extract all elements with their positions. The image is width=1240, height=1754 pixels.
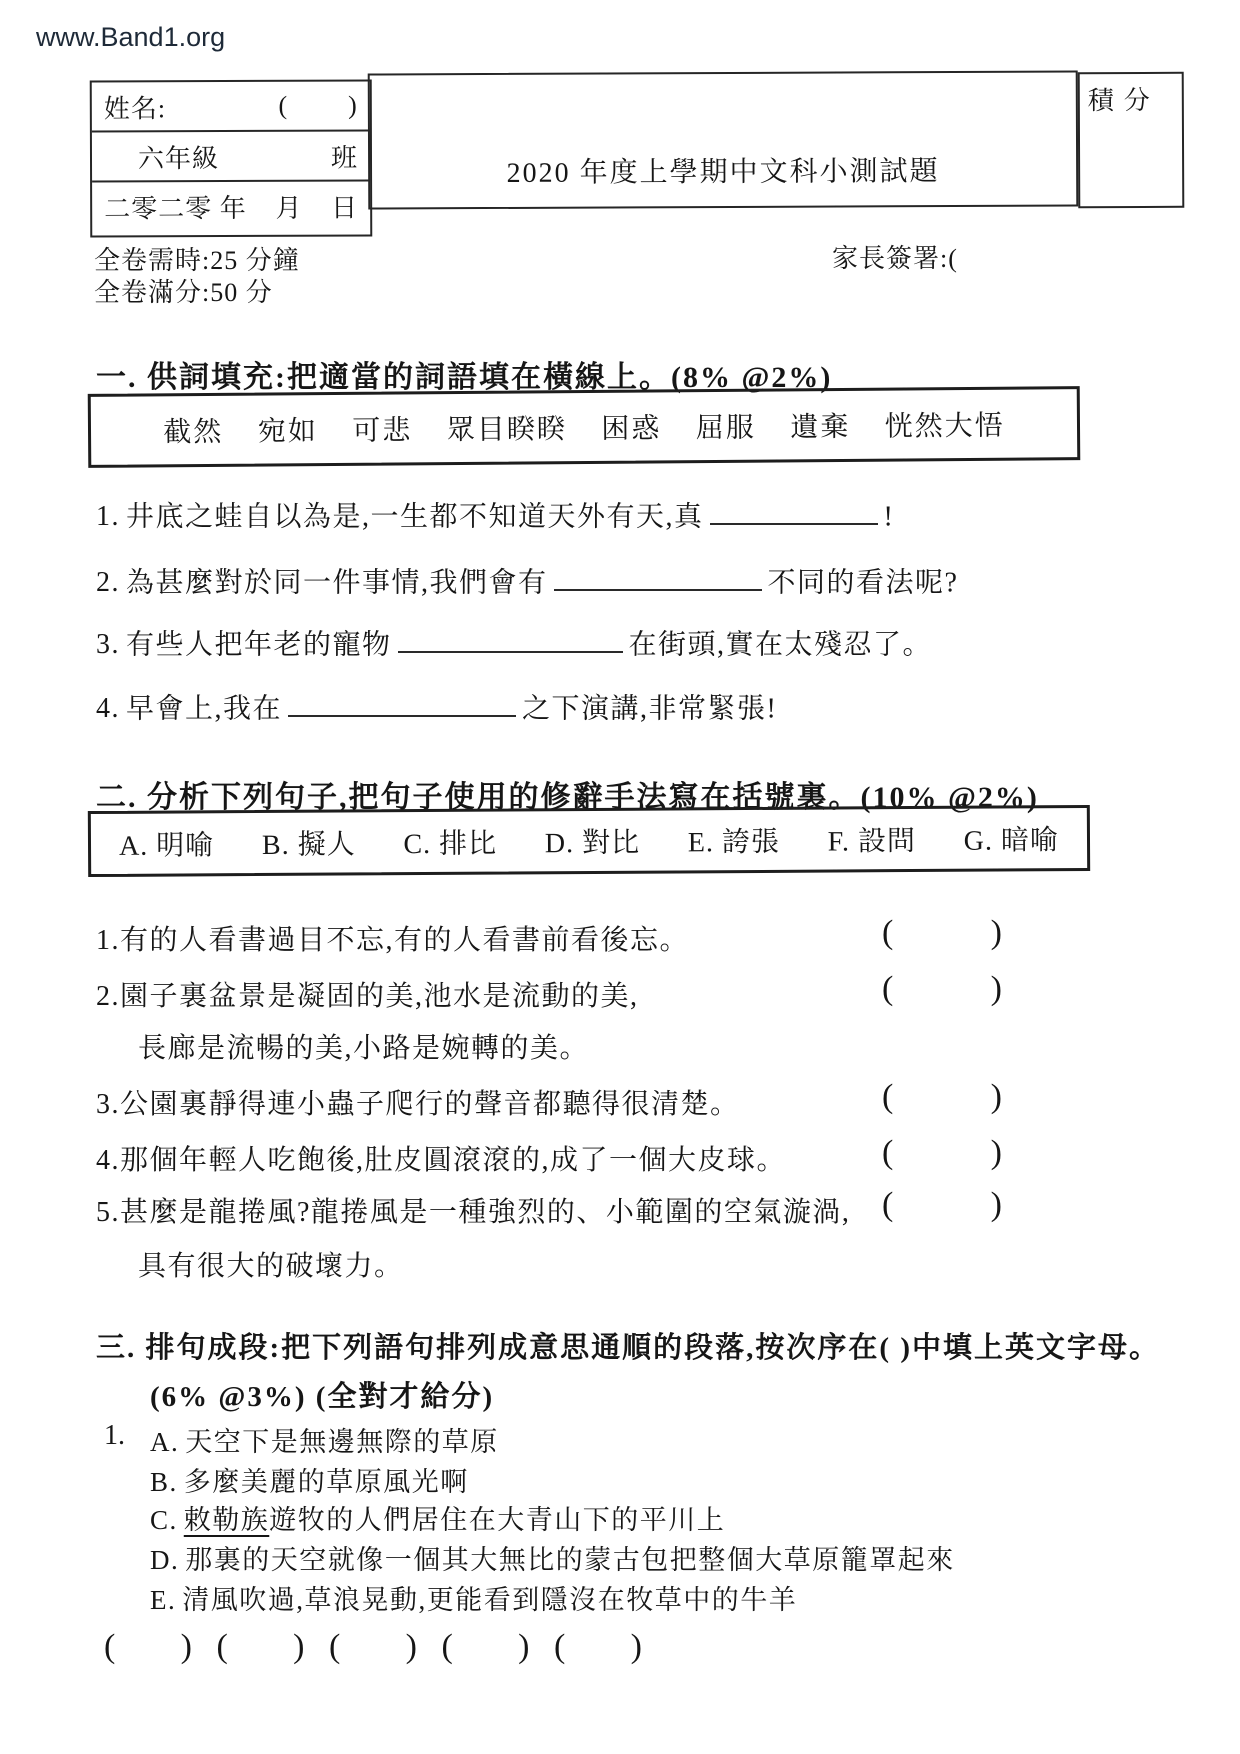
close-paren: ) xyxy=(991,914,1002,952)
exam-paper-page: www.Band1.org 姓名: ( ) 六年級 班 二零二零 年 月 日 2… xyxy=(0,0,1240,1754)
section3-item-number: 1. xyxy=(104,1420,125,1452)
question-text: 公園裏靜得連小蟲子爬行的聲音都聽得很清楚。 xyxy=(120,1089,740,1120)
word-bank-item: 遺棄 xyxy=(790,405,850,445)
date-month: 月 xyxy=(275,188,302,225)
sentence-label: C. xyxy=(150,1505,178,1535)
section1-word-bank: 截然 宛如 可悲 眾目睽睽 困惑 屈服 遺棄 恍然大悟 xyxy=(88,386,1081,468)
open-paren: ( xyxy=(882,1134,893,1172)
name-label: 姓名: xyxy=(104,88,166,125)
section3-sentence: E.清風吹過,草浪晃動,更能看到隱沒在牧草中的牛羊 xyxy=(150,1578,797,1617)
answer-parentheses: () xyxy=(104,1628,192,1666)
question-number: 3. xyxy=(96,629,120,660)
close-paren: ) xyxy=(991,970,1002,1008)
answer-parentheses: () xyxy=(882,1078,1002,1116)
sentence-text: 遊牧的人們居住在大青山下的平川上 xyxy=(269,1505,725,1535)
answer-parentheses: () xyxy=(882,970,1002,1008)
question-text: 早會上,我在 xyxy=(126,693,282,724)
answer-blank xyxy=(710,494,878,525)
section2-question-continuation: 具有很大的破壞力。 xyxy=(96,1244,1238,1284)
close-paren: ) xyxy=(518,1628,529,1666)
word-bank-item: 困惑 xyxy=(601,406,661,446)
word-bank-item: 可悲 xyxy=(352,408,412,448)
answer-parentheses: () xyxy=(329,1628,417,1666)
exam-full-marks: 全卷滿分:50 分 xyxy=(94,272,273,309)
grade-row: 六年級 班 xyxy=(92,132,370,183)
answer-blank xyxy=(398,622,623,653)
grade-label: 六年級 xyxy=(138,138,219,175)
section3-sentence: A.天空下是無邊無際的草原 xyxy=(150,1420,499,1459)
sentence-text: 那裏的天空就像一個其大無比的蒙古包把整個大草原籠罩起來 xyxy=(185,1545,955,1575)
class-label: 班 xyxy=(331,137,358,174)
rhetoric-option: D. 對比 xyxy=(545,821,640,862)
section3-heading: 三. 排句成段:把下列語句排列成意思通順的段落,按次序在( )中填上英文字母。 xyxy=(96,1325,1160,1366)
question-number: 5. xyxy=(96,1197,120,1228)
open-paren: ( xyxy=(217,1628,228,1666)
word-bank-item: 宛如 xyxy=(258,409,318,449)
open-paren: ( xyxy=(442,1628,453,1666)
word-bank-item: 恍然大悟 xyxy=(885,404,1005,445)
answer-parentheses: () xyxy=(442,1628,530,1666)
question-text: 有些人把年老的寵物 xyxy=(126,629,392,660)
open-paren: ( xyxy=(882,970,893,1008)
section2-question: 5.甚麼是龍捲風?龍捲風是一種強烈的、小範圍的空氣漩渦, () xyxy=(96,1190,1196,1230)
question-number: 2. xyxy=(96,567,120,598)
close-paren: ) xyxy=(181,1628,192,1666)
section3-sentence: B.多麼美麗的草原風光啊 xyxy=(150,1460,469,1499)
section1-question: 2.為甚麼對於同一件事情,我們會有不同的看法呢? xyxy=(96,560,958,600)
question-number: 1. xyxy=(96,925,120,956)
answer-blank xyxy=(288,686,516,717)
answer-parentheses: () xyxy=(217,1628,305,1666)
section3-answer-row: () () () () () xyxy=(104,1628,658,1666)
date-year: 二零二零 年 xyxy=(104,188,247,225)
question-text: 那個年輕人吃飽後,肚皮圓滾滾的,成了一個大皮球。 xyxy=(120,1145,786,1176)
close-paren: ) xyxy=(991,1134,1002,1172)
question-text: 不同的看法呢? xyxy=(768,567,959,598)
question-text: 甚麼是龍捲風?龍捲風是一種強烈的、小範圍的空氣漩渦, xyxy=(120,1197,850,1228)
answer-parentheses: () xyxy=(882,1134,1002,1172)
close-paren: ) xyxy=(631,1628,642,1666)
rhetoric-option: B. 擬人 xyxy=(262,822,356,863)
word-bank-item: 屈服 xyxy=(696,406,756,446)
question-number: 4. xyxy=(96,693,120,724)
question-number: 4. xyxy=(96,1145,120,1176)
section1-question: 1.井底之蛙自以為是,一生都不知道天外有天,真! xyxy=(96,494,894,534)
open-paren: ( xyxy=(329,1628,340,1666)
answer-parentheses: () xyxy=(882,1186,1002,1224)
question-number: 2. xyxy=(96,981,120,1012)
exam-title: 2020 年度上學期中文科小測試題 xyxy=(507,149,940,191)
section3-sentence: C.敕勒族遊牧的人們居住在大青山下的平川上 xyxy=(150,1498,725,1537)
open-paren: ( xyxy=(882,1078,893,1116)
rhetoric-option: F. 設問 xyxy=(827,819,916,860)
student-info-table: 姓名: ( ) 六年級 班 二零二零 年 月 日 xyxy=(90,80,373,238)
underlined-term: 敕勒族 xyxy=(184,1505,270,1535)
close-paren: ) xyxy=(991,1186,1002,1224)
rhetoric-option: E. 誇張 xyxy=(688,820,780,861)
answer-parentheses: () xyxy=(882,914,1002,952)
date-row: 二零二零 年 月 日 xyxy=(92,182,370,232)
sentence-label: B. xyxy=(150,1467,178,1497)
answer-parentheses: () xyxy=(554,1628,642,1666)
sentence-text: 天空下是無邊無際的草原 xyxy=(185,1427,499,1457)
sentence-label: A. xyxy=(150,1427,179,1457)
section2-question: 2.園子裏盆景是凝固的美,池水是流動的美, () xyxy=(96,974,1196,1014)
rhetoric-option: G. 暗喻 xyxy=(964,818,1059,859)
rhetoric-option: A. 明喻 xyxy=(119,823,214,864)
open-paren: ( xyxy=(882,914,893,952)
word-bank-item: 眾目睽睽 xyxy=(447,407,567,448)
section3-subheading: (6% @3%) (全對才給分) xyxy=(150,1374,494,1415)
question-number: 3. xyxy=(96,1089,120,1120)
word-bank-item: 截然 xyxy=(163,410,223,450)
name-row: 姓名: ( ) xyxy=(92,82,370,133)
question-text: ! xyxy=(884,501,895,532)
question-text: 在街頭,實在太殘忍了。 xyxy=(629,629,933,660)
sentence-label: D. xyxy=(150,1545,179,1575)
site-watermark: www.Band1.org xyxy=(36,22,225,53)
sentence-text: 清風吹過,草浪晃動,更能看到隱沒在牧草中的牛羊 xyxy=(182,1585,797,1615)
close-paren: ) xyxy=(991,1078,1002,1116)
open-paren: ( xyxy=(554,1628,565,1666)
date-day: 日 xyxy=(331,188,358,225)
question-text: 為甚麼對於同一件事情,我們會有 xyxy=(126,567,548,598)
section2-question: 4.那個年輕人吃飽後,肚皮圓滾滾的,成了一個大皮球。 () xyxy=(96,1138,1196,1178)
question-text: 井底之蛙自以為是,一生都不知道天外有天,真 xyxy=(126,501,704,532)
class-number-parens: ( ) xyxy=(278,91,357,121)
open-paren: ( xyxy=(882,1186,893,1224)
rhetoric-option: C. 排比 xyxy=(403,822,497,863)
section2-question-continuation: 長廊是流暢的美,小路是婉轉的美。 xyxy=(96,1026,1238,1066)
close-paren: ) xyxy=(293,1628,304,1666)
section1-question: 4.早會上,我在之下演講,非常緊張! xyxy=(96,686,777,726)
answer-blank xyxy=(554,560,762,591)
exam-title-box: 2020 年度上學期中文科小測試題 xyxy=(368,70,1079,209)
open-paren: ( xyxy=(104,1628,115,1666)
section2-options-bank: A. 明喻 B. 擬人 C. 排比 D. 對比 E. 誇張 F. 設問 G. 暗… xyxy=(88,805,1090,877)
score-box: 積分 xyxy=(1078,72,1185,208)
section1-question: 3.有些人把年老的寵物在街頭,實在太殘忍了。 xyxy=(96,622,932,662)
section2-question: 1.有的人看書過目不忘,有的人看書前看後忘。 () xyxy=(96,918,1196,958)
sentence-label: E. xyxy=(150,1585,176,1615)
section2-question: 3.公園裏靜得連小蟲子爬行的聲音都聽得很清楚。 () xyxy=(96,1082,1196,1122)
question-text: 園子裏盆景是凝固的美,池水是流動的美, xyxy=(120,981,639,1012)
question-text: 有的人看書過目不忘,有的人看書前看後忘。 xyxy=(120,925,689,956)
score-label: 積分 xyxy=(1088,86,1160,115)
section3-sentence: D.那裏的天空就像一個其大無比的蒙古包把整個大草原籠罩起來 xyxy=(150,1538,955,1577)
parent-signature-label: 家長簽署:( xyxy=(832,238,958,275)
question-number: 1. xyxy=(96,501,120,532)
close-paren: ) xyxy=(406,1628,417,1666)
sentence-text: 多麼美麗的草原風光啊 xyxy=(184,1467,469,1497)
question-text: 之下演講,非常緊張! xyxy=(522,693,777,724)
